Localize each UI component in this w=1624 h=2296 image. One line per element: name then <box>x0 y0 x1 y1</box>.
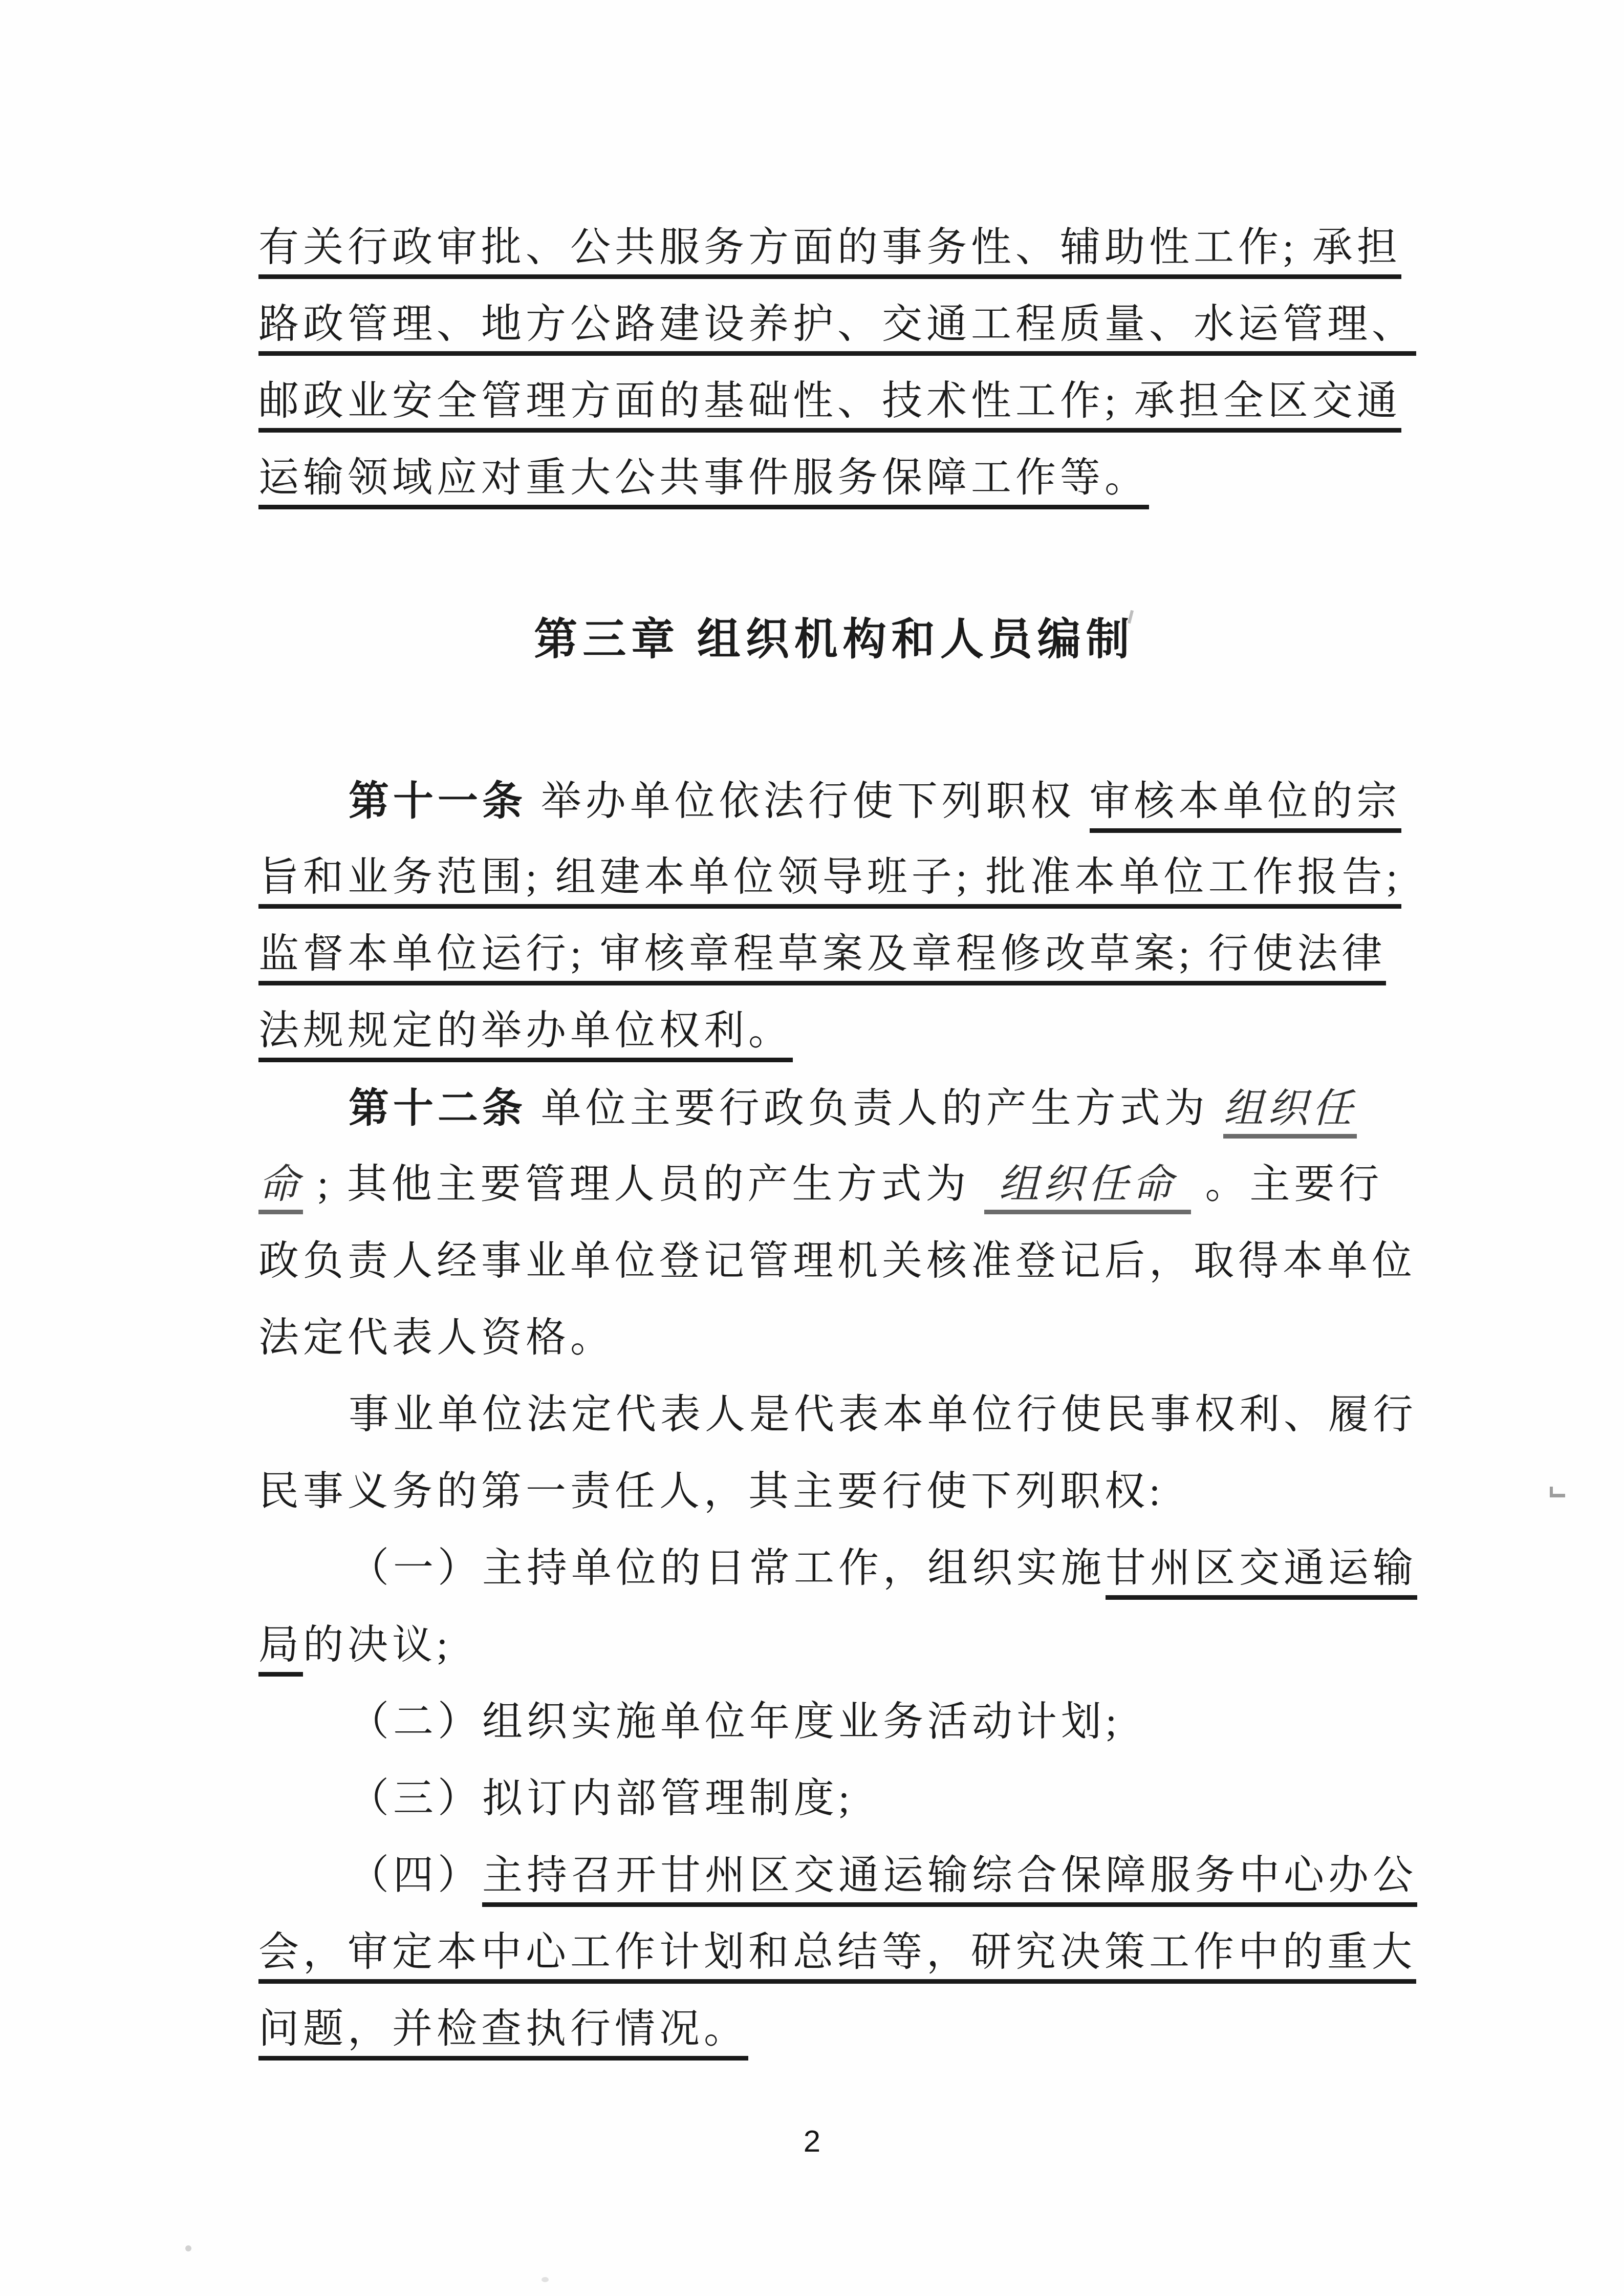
text-line: 法规规定的举办单位权利。 <box>258 993 1410 1070</box>
text-segment: 举办单位依法行使下列职权 <box>527 780 1090 824</box>
text-line: 监督本单位运行; 审核章程草案及章程修改草案; 行使法律 <box>258 916 1410 993</box>
text-line: 问题，并检查执行情况。 <box>258 1991 1410 2068</box>
underlined-text: 会，审定本中心工作计划和总结等，研究决策工作中的重大 <box>258 1930 1416 1984</box>
text-segment: 。主要行 <box>1191 1163 1383 1207</box>
text-line: 路政管理、地方公路建设养护、交通工程质量、水运管理、 <box>258 287 1410 363</box>
para-legal-representative: 事业单位法定代表人是代表本单位行使民事权利、履行民事义务的第一责任人，其主要行使… <box>258 1377 1410 1531</box>
text-line: 旨和业务范围; 组建本单位领导班子; 批准本单位工作报告; <box>258 840 1410 916</box>
underlined-text: 命 <box>258 1163 303 1214</box>
scan-artifact <box>542 2277 549 2282</box>
text-segment: ; 其他主要管理人员的产生方式为 <box>303 1163 984 1207</box>
text-segment: 第十一条 <box>349 778 527 824</box>
underlined-text: 问题，并检查执行情况。 <box>258 2007 748 2061</box>
item-2: （二）组织实施单位年度业务活动计划; <box>258 1684 1410 1761</box>
text-line: 法定代表人资格。 <box>258 1300 1410 1377</box>
text-line: （四）主持召开甘州区交通运输综合保障服务中心办公 <box>258 1838 1410 1915</box>
text-segment: 事业单位法定代表人是代表本单位行使民事权利、履行 <box>349 1393 1417 1437</box>
chapter-heading: 第三章 组织机构和人员编制 <box>258 602 1410 678</box>
underlined-text: 组织任 <box>1223 1087 1357 1139</box>
text-segment: （四） <box>349 1854 482 1898</box>
item-1: （一）主持单位的日常工作，组织实施甘州区交通运输局的决议; <box>258 1531 1410 1684</box>
text-line: （三）拟订内部管理制度; <box>258 1761 1410 1838</box>
text-segment: 第十二条 <box>349 1085 527 1131</box>
text-line: （一）主持单位的日常工作，组织实施甘州区交通运输 <box>258 1531 1410 1607</box>
text-segment: 的决议; <box>303 1623 452 1668</box>
underlined-text: 邮政业安全管理方面的基础性、技术性工作; 承担全区交通 <box>258 379 1401 433</box>
text-segment: 政负责人经事业单位登记管理机关核准登记后，取得本单位 <box>258 1239 1416 1284</box>
underlined-text: 监督本单位运行; 审核章程草案及章程修改草案; 行使法律 <box>258 932 1386 985</box>
text-line: 第十一条 举办单位依法行使下列职权 审核本单位的宗 <box>258 763 1410 840</box>
underlined-text: 审核本单位的宗 <box>1090 780 1401 833</box>
text-line: 命 ; 其他主要管理人员的产生方式为 组织任命 。主要行 <box>258 1147 1410 1224</box>
text-segment: （三）拟订内部管理制度; <box>349 1777 854 1821</box>
text-line: 政负责人经事业单位登记管理机关核准登记后，取得本单位 <box>258 1224 1410 1300</box>
item-4: （四）主持召开甘州区交通运输综合保障服务中心办公会，审定本中心工作计划和总结等，… <box>258 1838 1410 2068</box>
underlined-text: 甘州区交通运输 <box>1106 1547 1417 1600</box>
underlined-text: 运输领域应对重大公共事件服务保障工作等。 <box>258 456 1149 509</box>
text-line: （二）组织实施单位年度业务活动计划; <box>258 1684 1410 1761</box>
text-line: 运输领域应对重大公共事件服务保障工作等。 <box>258 440 1410 517</box>
scan-artifact <box>185 2245 191 2251</box>
article-11: 第十一条 举办单位依法行使下列职权 审核本单位的宗旨和业务范围; 组建本单位领导… <box>258 763 1410 1070</box>
text-line: 邮政业安全管理方面的基础性、技术性工作; 承担全区交通 <box>258 363 1410 440</box>
text-line: 事业单位法定代表人是代表本单位行使民事权利、履行 <box>258 1377 1410 1454</box>
document-text-body: 有关行政审批、公共服务方面的事务性、辅助性工作; 承担路政管理、地方公路建设养护… <box>258 210 1410 2068</box>
underlined-text: 法规规定的举办单位权利。 <box>258 1009 793 1062</box>
page-number: 2 <box>0 2123 1624 2159</box>
text-segment: （二）组织实施单位年度业务活动计划; <box>349 1700 1121 1745</box>
underlined-text: 有关行政审批、公共服务方面的事务性、辅助性工作; 承担 <box>258 226 1401 279</box>
para-duties-continued: 有关行政审批、公共服务方面的事务性、辅助性工作; 承担路政管理、地方公路建设养护… <box>258 210 1410 517</box>
underlined-text: 组织任命 <box>984 1163 1191 1214</box>
underlined-text: 旨和业务范围; 组建本单位领导班子; 批准本单位工作报告; <box>258 855 1401 909</box>
text-line: 第十二条 单位主要行政负责人的产生方式为 组织任 <box>258 1070 1410 1147</box>
underlined-text: 路政管理、地方公路建设养护、交通工程质量、水运管理、 <box>258 303 1416 356</box>
article-12: 第十二条 单位主要行政负责人的产生方式为 组织任命 ; 其他主要管理人员的产生方… <box>258 1070 1410 1377</box>
text-line: 会，审定本中心工作计划和总结等，研究决策工作中的重大 <box>258 1915 1410 1991</box>
item-3: （三）拟订内部管理制度; <box>258 1761 1410 1838</box>
text-line: 民事义务的第一责任人，其主要行使下列职权: <box>258 1454 1410 1531</box>
text-segment: （一）主持单位的日常工作，组织实施 <box>349 1547 1106 1591</box>
scan-artifact <box>1550 1494 1565 1497</box>
text-line: 有关行政审批、公共服务方面的事务性、辅助性工作; 承担 <box>258 210 1410 287</box>
text-line: 局的决议; <box>258 1607 1410 1684</box>
text-segment: 单位主要行政负责人的产生方式为 <box>527 1087 1223 1131</box>
underlined-text: 局 <box>258 1623 303 1677</box>
text-segment: 民事义务的第一责任人，其主要行使下列职权: <box>258 1470 1164 1514</box>
underlined-text: 主持召开甘州区交通运输综合保障服务中心办公 <box>482 1854 1417 1907</box>
text-segment: 法定代表人资格。 <box>258 1316 615 1361</box>
